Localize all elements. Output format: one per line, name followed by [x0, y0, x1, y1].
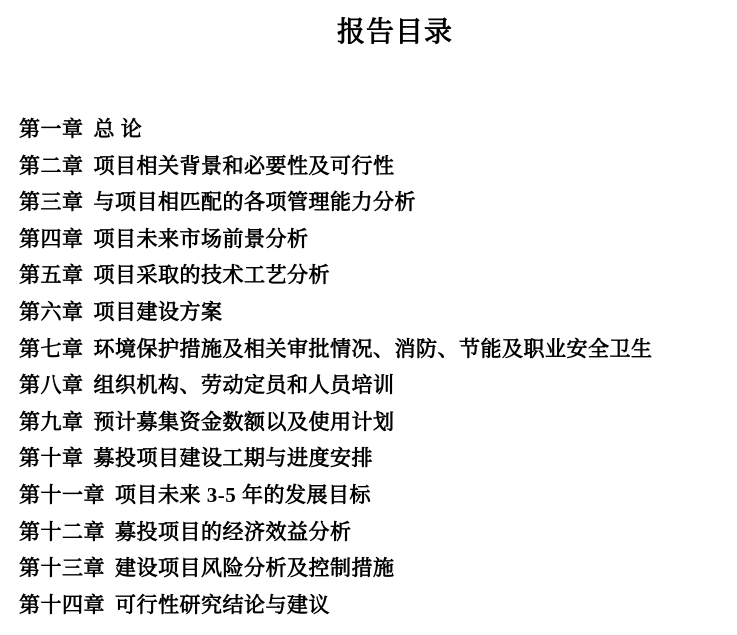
toc-chapter-number: 第十一章: [19, 483, 105, 507]
toc-item: 第十二章募投项目的经济效益分析: [19, 514, 737, 551]
toc-item: 第三章与项目相匹配的各项管理能力分析: [19, 184, 737, 221]
toc-chapter-title: 募投项目的经济效益分析: [115, 520, 352, 544]
toc-chapter-title: 预计募集资金数额以及使用计划: [94, 410, 395, 434]
toc-item: 第八章组织机构、劳动定员和人员培训: [19, 367, 737, 404]
toc-chapter-number: 第十章: [19, 446, 84, 470]
toc-chapter-number: 第七章: [19, 337, 84, 361]
toc-chapter-number: 第九章: [19, 410, 84, 434]
toc-item: 第七章环境保护措施及相关审批情况、消防、节能及职业安全卫生: [19, 331, 737, 368]
toc-chapter-title: 环境保护措施及相关审批情况、消防、节能及职业安全卫生: [94, 337, 653, 361]
toc-item: 第一章总 论: [19, 111, 737, 148]
toc-item: 第六章项目建设方案: [19, 294, 737, 331]
toc-chapter-number: 第十四章: [19, 593, 105, 617]
toc-chapter-number: 第六章: [19, 300, 84, 324]
toc-chapter-number: 第十三章: [19, 556, 105, 580]
toc-chapter-title: 与项目相匹配的各项管理能力分析: [94, 190, 417, 214]
toc-chapter-title: 总 论: [94, 117, 143, 141]
toc-item: 第四章项目未来市场前景分析: [19, 221, 737, 258]
toc-chapter-title: 项目相关背景和必要性及可行性: [94, 154, 395, 178]
toc-chapter-title: 项目采取的技术工艺分析: [94, 263, 331, 287]
toc-item: 第五章项目采取的技术工艺分析: [19, 257, 737, 294]
toc-chapter-number: 第八章: [19, 373, 84, 397]
toc-item: 第十三章建设项目风险分析及控制措施: [19, 550, 737, 587]
toc-chapter-number: 第四章: [19, 227, 84, 251]
toc-item: 第十章募投项目建设工期与进度安排: [19, 440, 737, 477]
toc-chapter-number: 第二章: [19, 154, 84, 178]
toc-chapter-number: 第五章: [19, 263, 84, 287]
toc-chapter-title: 组织机构、劳动定员和人员培训: [94, 373, 395, 397]
toc-chapter-title: 可行性研究结论与建议: [115, 593, 330, 617]
toc-chapter-title: 项目未来 3-5 年的发展目标: [115, 483, 371, 507]
toc-chapter-title: 募投项目建设工期与进度安排: [94, 446, 374, 470]
toc-chapter-number: 第十二章: [19, 520, 105, 544]
toc-chapter-number: 第一章: [19, 117, 84, 141]
toc-item: 第十四章可行性研究结论与建议: [19, 587, 737, 624]
page-title: 报告目录: [0, 10, 737, 50]
toc-item: 第十一章项目未来 3-5 年的发展目标: [19, 477, 737, 514]
toc-chapter-title: 项目建设方案: [94, 300, 223, 324]
toc-item: 第二章项目相关背景和必要性及可行性: [19, 148, 737, 185]
toc-chapter-number: 第三章: [19, 190, 84, 214]
toc-list: 第一章总 论 第二章项目相关背景和必要性及可行性 第三章与项目相匹配的各项管理能…: [19, 111, 737, 623]
toc-item: 第九章预计募集资金数额以及使用计划: [19, 404, 737, 441]
toc-chapter-title: 项目未来市场前景分析: [94, 227, 309, 251]
toc-chapter-title: 建设项目风险分析及控制措施: [115, 556, 395, 580]
